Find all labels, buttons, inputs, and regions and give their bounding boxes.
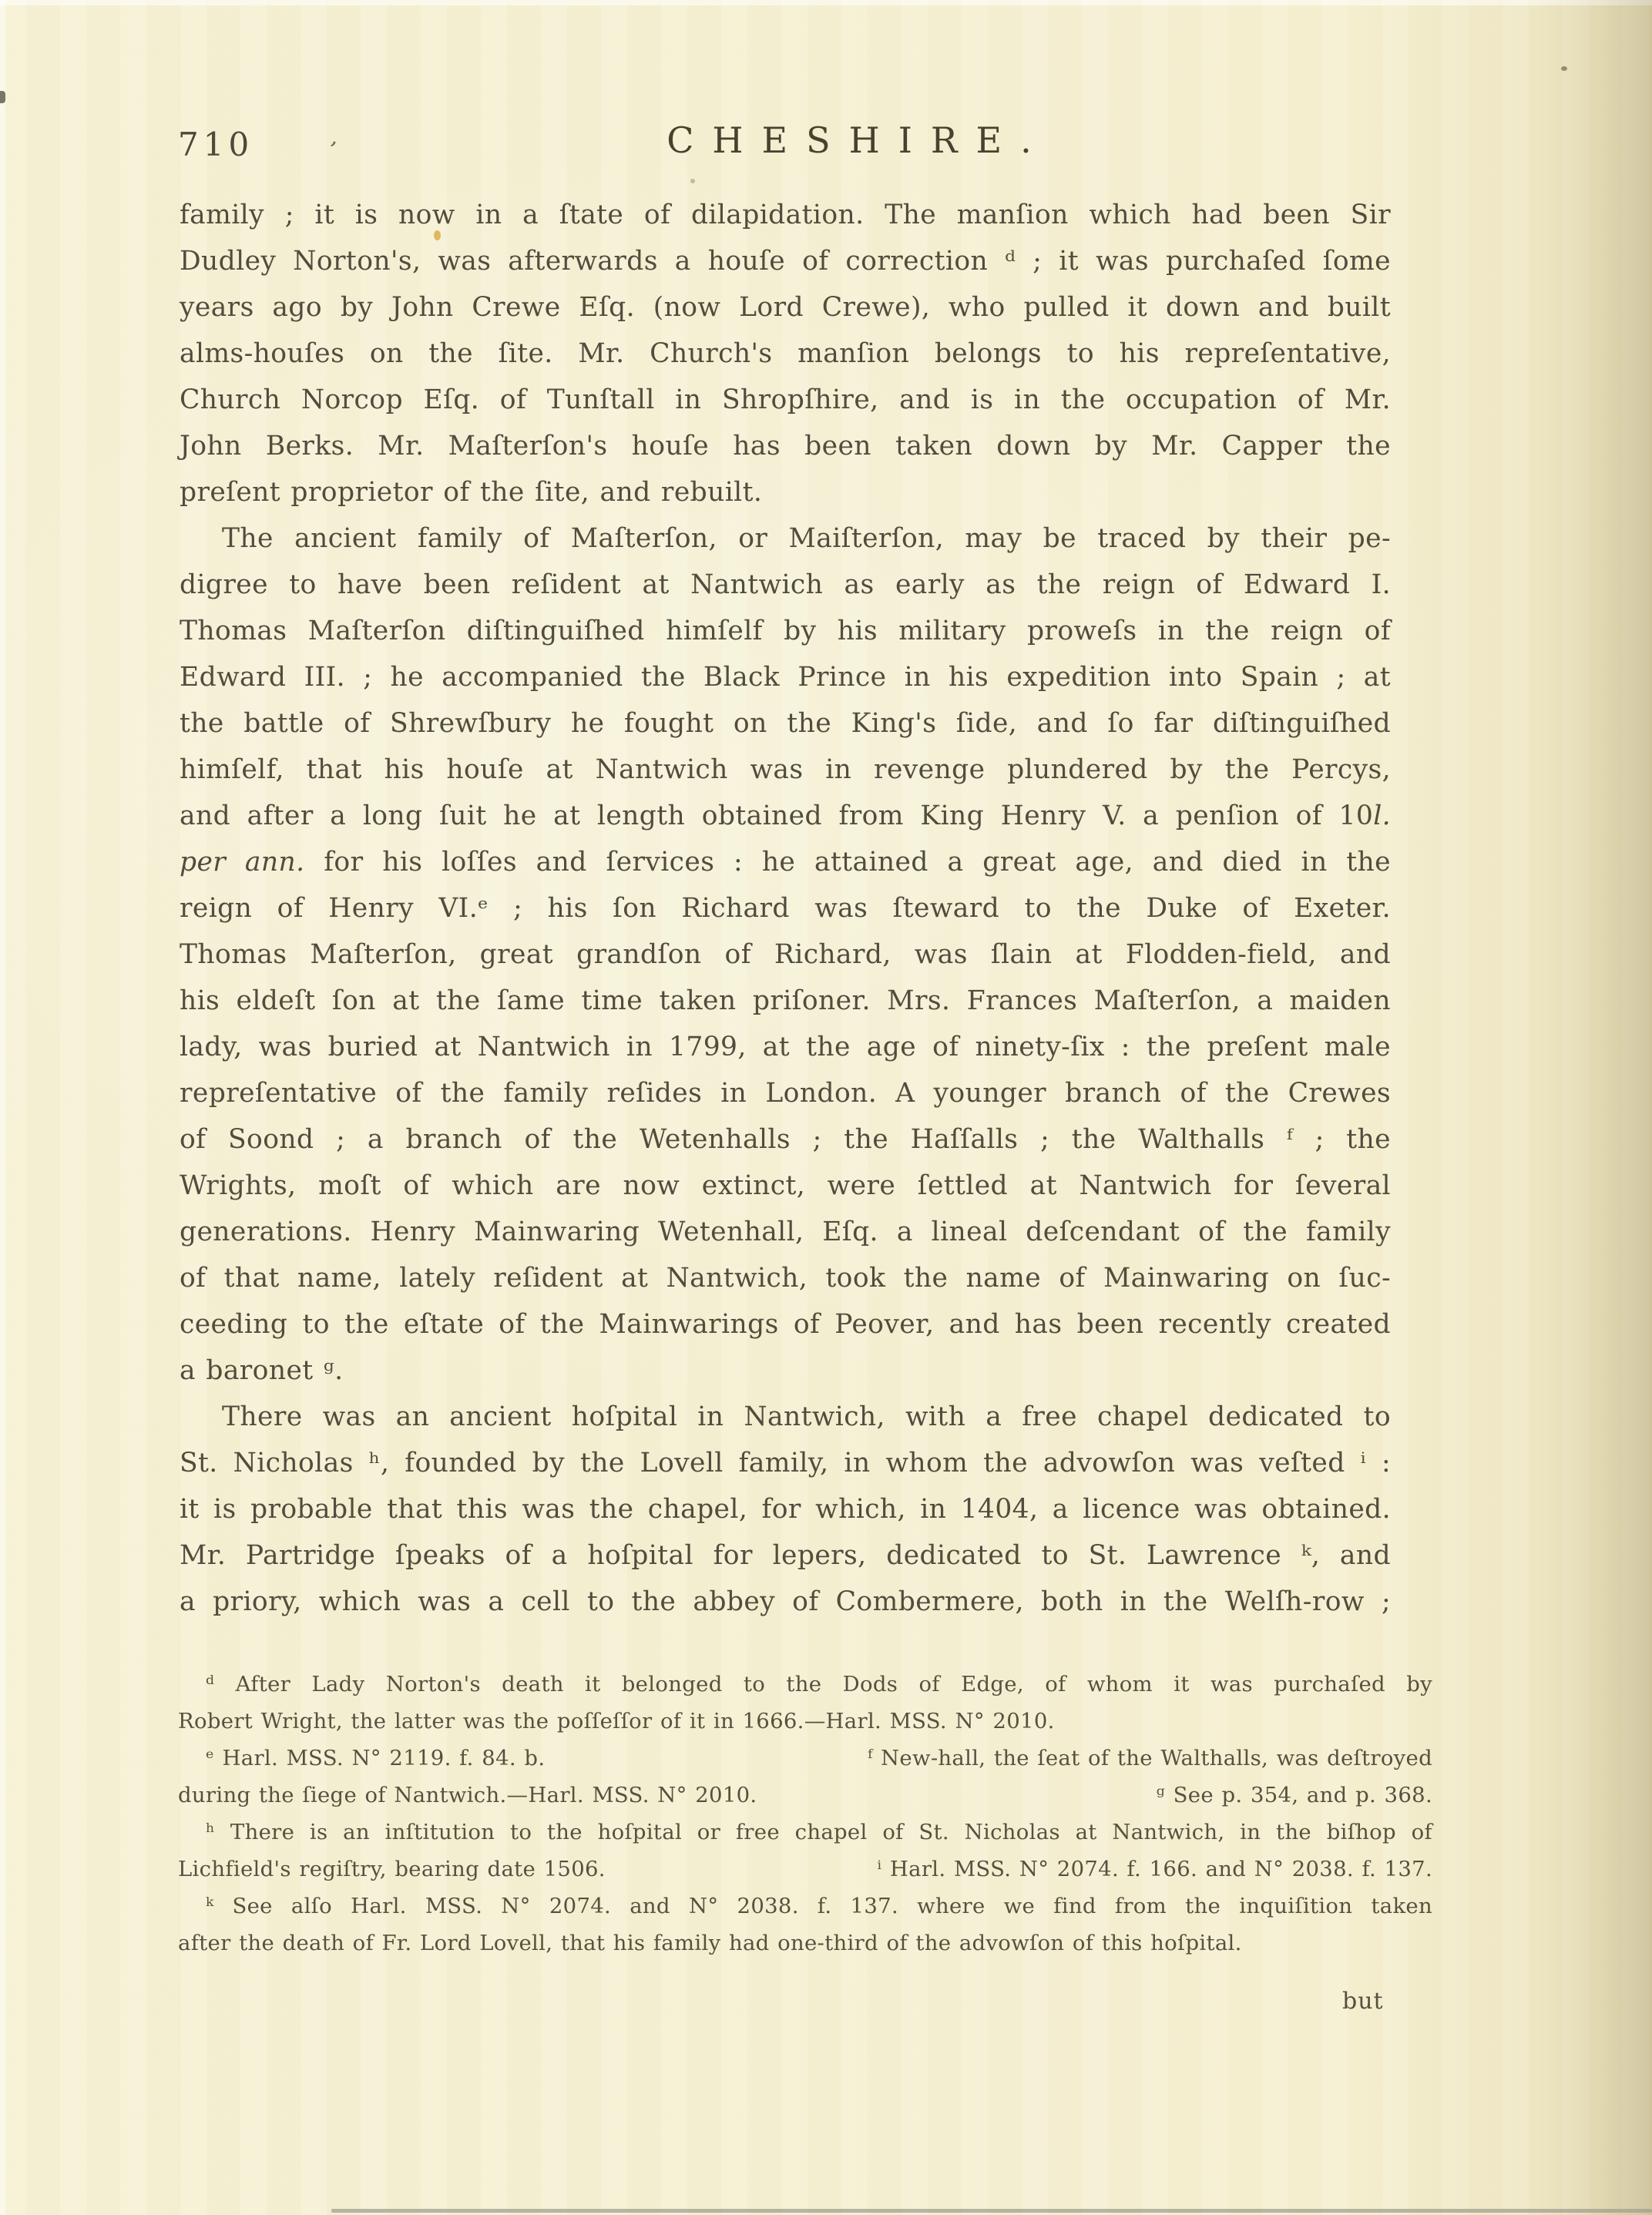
text-line: lady, was buried at Nantwich in 1799, at… (180, 1024, 1391, 1070)
text-line: the battle of Shrewſbury he fought on th… (180, 700, 1391, 747)
catchword: but (1342, 1988, 1384, 2015)
footnote-segment: Lichfield's regiſtry, bearing date 1506. (178, 1851, 606, 1888)
footnote-segment: during the ſiege of Nantwich.—Harl. MSS.… (178, 1777, 757, 1814)
paper-speck (1561, 66, 1567, 71)
text-line: himſelf, that his houſe at Nantwich was … (180, 747, 1391, 793)
page-number: 710 (178, 126, 254, 163)
text-line: There was an ancient hoſpital in Nantwic… (180, 1394, 1391, 1440)
footnote-line: after the death of Fr. Lord Lovell, that… (178, 1925, 1432, 1962)
footnote-line: Lichfield's regiſtry, bearing date 1506.… (178, 1851, 1432, 1888)
footnote-segment: ᶠ New-hall, the ſeat of the Walthalls, w… (840, 1740, 1432, 1777)
running-title: CHESHIRE. (667, 119, 1050, 161)
text-line: it is probable that this was the chapel,… (180, 1486, 1391, 1532)
italic-text: l. (1373, 800, 1391, 831)
text-line: Thomas Maſterſon, great grandſon of Rich… (180, 931, 1391, 978)
footnote-line: ᵏ See alſo Harl. MSS. N° 2074. and N° 20… (178, 1888, 1432, 1925)
footnote-segment: ⁱ Harl. MSS. N° 2074. f. 166. and N° 203… (878, 1851, 1433, 1888)
text-line: digree to have been reſident at Nantwich… (180, 562, 1391, 608)
text-segment: for his loſſes and ſervices : he attaine… (305, 847, 1392, 878)
text-line: St. Nicholas ʰ, founded by the Lovell fa… (180, 1440, 1391, 1486)
book-page: 710 ʼ CHESHIRE. family ; it is now in a … (0, 0, 1652, 2215)
ink-stray-mark: ʼ (323, 136, 338, 164)
text-line: Church Norcop Eſq. of Tunſtall in Shropſ… (180, 377, 1391, 423)
footnote-segment: ᵉ Harl. MSS. N° 2119. f. 84. b. (178, 1740, 545, 1777)
footnote-line: during the ſiege of Nantwich.—Harl. MSS.… (178, 1777, 1432, 1814)
footnote-line: ᵈ After Lady Norton's death it belonged … (178, 1666, 1432, 1703)
footnotes: ᵈ After Lady Norton's death it belonged … (178, 1666, 1432, 1962)
text-line: family ; it is now in a ſtate of dilapid… (180, 192, 1391, 238)
footnote-segment: ᵍ See p. 354, and p. 368. (1157, 1777, 1432, 1814)
text-line: of that name, lately reſident at Nantwic… (180, 1255, 1391, 1301)
text-line: Mr. Partridge ſpeaks of a hoſpital for l… (180, 1532, 1391, 1579)
scan-edge-left (0, 0, 5, 2215)
paper-speck (690, 179, 695, 183)
paper-speck (0, 91, 5, 103)
text-line: alms-houſes on the ſite. Mr. Church's ma… (180, 331, 1391, 377)
text-segment: and after a long ſuit he at length obtai… (180, 800, 1373, 831)
paragraph: There was an ancient hoſpital in Nantwic… (180, 1394, 1391, 1625)
text-line: and after a long ſuit he at length obtai… (180, 793, 1391, 839)
text-line: ceeding to the eſtate of the Mainwarings… (180, 1301, 1391, 1347)
scan-bottom-rule (331, 2209, 1652, 2213)
body-text: family ; it is now in a ſtate of dilapid… (180, 192, 1391, 1625)
text-line: The ancient family of Maſterſon, or Maiſ… (180, 515, 1391, 562)
text-line: reign of Henry VI.ᵉ ; his ſon Richard wa… (180, 885, 1391, 931)
paragraph: family ; it is now in a ſtate of dilapid… (180, 192, 1391, 515)
text-line: of Soond ; a branch of the Wetenhalls ; … (180, 1116, 1391, 1163)
italic-text: per ann. (180, 847, 305, 878)
footnote-line: Robert Wright, the latter was the poſſeſ… (178, 1703, 1432, 1740)
text-line: years ago by John Crewe Eſq. (now Lord C… (180, 284, 1391, 331)
text-line: generations. Henry Mainwaring Wetenhall,… (180, 1209, 1391, 1255)
text-line: Dudley Norton's, was afterwards a houſe … (180, 238, 1391, 284)
text-line: Wrights, moſt of which are now extinct, … (180, 1163, 1391, 1209)
text-line: per ann. for his loſſes and ſervices : h… (180, 839, 1391, 885)
scan-edge-top (0, 0, 1652, 5)
text-line: repreſentative of the family reſides in … (180, 1070, 1391, 1116)
page-edge-shadow (1536, 0, 1652, 2215)
text-line: Edward III. ; he accompanied the Black P… (180, 654, 1391, 700)
text-line: Thomas Maſterſon diſtinguiſhed himſelf b… (180, 608, 1391, 654)
text-line: John Berks. Mr. Maſterſon's houſe has be… (180, 423, 1391, 469)
text-line: a priory, which was a cell to the abbey … (180, 1579, 1391, 1625)
footnote-line: ᵉ Harl. MSS. N° 2119. f. 84. b.ᶠ New-hal… (178, 1740, 1432, 1777)
text-line: his eldeſt ſon at the ſame time taken pr… (180, 978, 1391, 1024)
paragraph: The ancient family of Maſterſon, or Maiſ… (180, 515, 1391, 1394)
footnote-line: ʰ There is an inſtitution to the hoſpita… (178, 1814, 1432, 1851)
text-line: a baronet ᵍ. (180, 1347, 1391, 1394)
text-line: preſent proprietor of the ſite, and rebu… (180, 469, 1391, 515)
